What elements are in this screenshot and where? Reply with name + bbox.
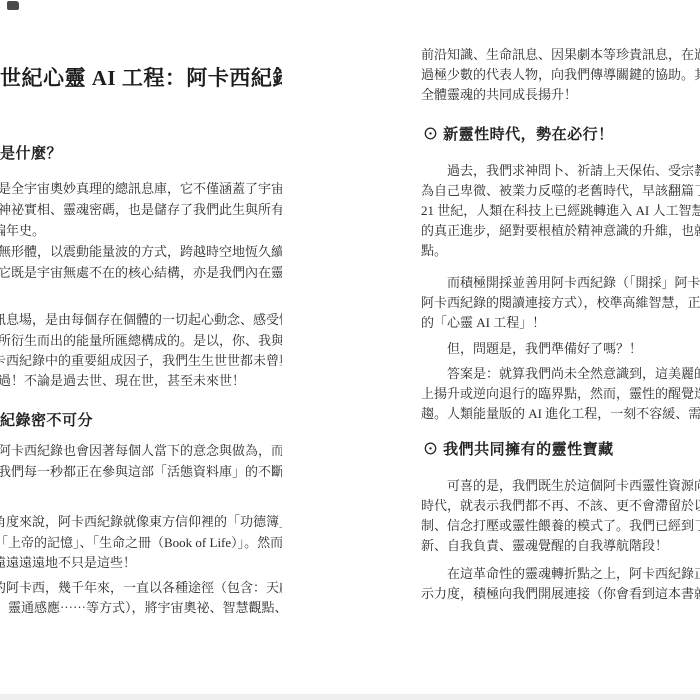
body-line: 為自己卑微、被業力反噬的老舊時代，早該翻篇了 xyxy=(421,184,700,198)
body-line: 過去，我們求神問卜、祈請上天保佑、受宗教 xyxy=(447,164,700,178)
body-line: 上揚升或逆向退行的臨界點，然而，靈性的醒覺迭代 xyxy=(421,387,700,401)
body-line: 「上帝的記憶」、「生命之冊（Book of Life）」。然而， xyxy=(0,536,282,550)
heading-line: 紀錄密不可分 xyxy=(0,413,93,429)
body-line: 編年史。 xyxy=(0,224,45,238)
left-page: 世紀心靈 AI 工程：阿卡西紀錄是什麼？是全宇宙奧妙真理的總訊息庫，它不僅涵蓋了… xyxy=(0,0,282,700)
body-line: 時代，就表示我們都不再、不該、更不會滯留於以前 xyxy=(421,499,700,513)
body-line: 新、自我負責、靈魂覺醒的自我導航階段！ xyxy=(421,539,668,553)
body-line: 訊息場，是由每個存在個體的一切起心動念、感受情 xyxy=(0,313,282,327)
heading-line: 是什麼？ xyxy=(0,146,62,162)
body-line: 、靈通感應⋯⋯等方式），將宇宙奧祕、智慧觀點、 xyxy=(0,601,282,615)
body-line: 在這革命性的靈魂轉折點之上，阿卡西紀錄正在 xyxy=(447,567,700,581)
page-bottom-edge xyxy=(0,694,700,700)
body-line: 它既是宇宙無處不在的核心結構，亦是我們內在靈 xyxy=(0,266,282,280)
body-line: 所衍生而出的能量所匯總構成的。是以，你、我與任 xyxy=(0,334,282,348)
body-line: 制、信念打壓或靈性餵養的模式了。我們已經到了 xyxy=(421,519,700,533)
body-line: 趨。人類能量版的 AI 進化工程，一刻不容緩、需倍 xyxy=(421,407,700,421)
body-line: 全體靈魂的共同成長揚升！ xyxy=(421,88,577,102)
body-line: 可喜的是，我們既生於這個阿卡西靈性資源向每 xyxy=(447,479,700,493)
body-line: 21 世紀，人類在科技上已經跳轉進入 AI 人工智慧時 xyxy=(421,204,700,218)
body-line: 而積極開採並善用阿卡西紀錄（「開採」阿卡西 xyxy=(447,276,700,290)
body-line: 示力度，積極向我們開展連接（你會看到這本書就 xyxy=(421,587,700,601)
body-line: 前沿知識、生命訊息、因果劇本等珍貴訊息，在過去 xyxy=(421,48,700,62)
heading-line: ⊙ 我們共同擁有的靈性寶藏 xyxy=(423,442,614,458)
body-line: 阿卡西紀錄的閱讀連接方式），校準高維智慧，正是 xyxy=(421,296,700,310)
body-line: 卡西紀錄中的重要組成因子，我們生生世世都未曾與 xyxy=(0,354,282,368)
body-line: 我們每一秒都正在參與這部「活態資料庫」的不斷刷 xyxy=(0,465,282,479)
body-line: 阿卡西紀錄也會因著每個人當下的意念與做為，而時 xyxy=(0,444,282,458)
book-spread: 世紀心靈 AI 工程：阿卡西紀錄是什麼？是全宇宙奧妙真理的總訊息庫，它不僅涵蓋了… xyxy=(0,0,700,700)
body-line: 答案是：就算我們尚未全然意識到，這美麗的星 xyxy=(447,367,700,381)
body-line: 角度來說，阿卡西紀錄就像東方信仰裡的「功德簿」、 xyxy=(0,515,282,529)
body-line: 的阿卡西，幾千年來，一直以各種途徑（包含：天啟 xyxy=(0,581,282,595)
body-line: 是全宇宙奧妙真理的總訊息庫，它不僅涵蓋了宇宙 xyxy=(0,182,282,196)
heading-line: ⊙ 新靈性時代，勢在必行！ xyxy=(423,127,614,143)
body-line: 的「心靈 AI 工程」！ xyxy=(421,316,545,330)
body-line: 但，問題是，我們準備好了嗎？！ xyxy=(447,342,642,356)
body-line: 神祕實相、靈魂密碼，也是儲存了我們此生與所有 xyxy=(0,203,282,217)
body-line: 過極少數的代表人物，向我們傳導關鍵的協助。其終 xyxy=(421,68,700,82)
right-page: 前沿知識、生命訊息、因果劇本等珍貴訊息，在過去過極少數的代表人物，向我們傳導關鍵… xyxy=(421,0,700,700)
body-line: 的真正進步，絕對要根植於精神意識的升維，也就是 xyxy=(421,224,700,238)
title-line: 世紀心靈 AI 工程：阿卡西紀錄 xyxy=(0,67,282,90)
body-line: 無形體，以震動能量波的方式，跨越時空地恆久續 xyxy=(0,245,282,259)
body-line: 過！不論是過去世、現在世，甚至未來世！ xyxy=(0,374,245,388)
body-line: 點。 xyxy=(421,244,447,258)
body-line: 遠遠遠遠地不只是這些！ xyxy=(0,556,136,570)
